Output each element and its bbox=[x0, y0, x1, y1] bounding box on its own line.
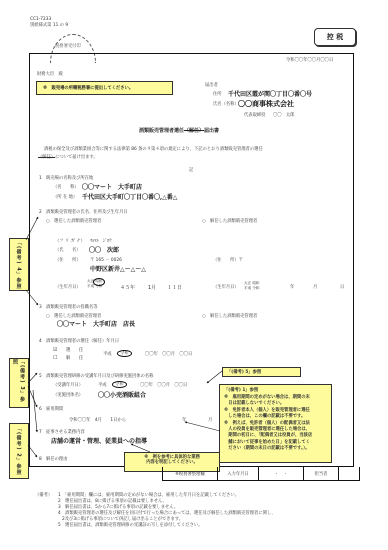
pointer-arrows bbox=[0, 0, 388, 550]
